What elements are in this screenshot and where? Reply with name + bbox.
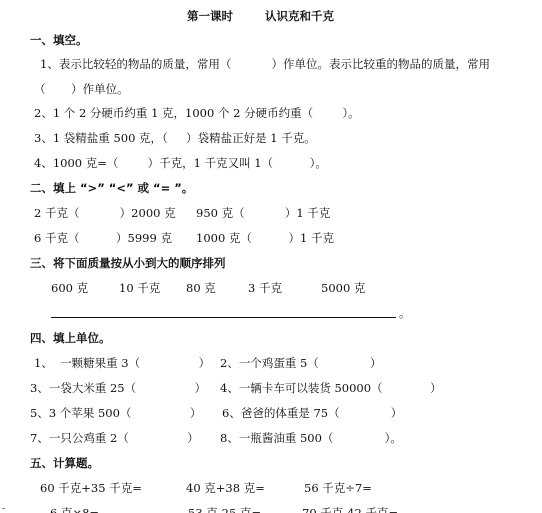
- calc-1-1: 60 千克+35 千克=: [40, 481, 142, 495]
- calc-1-3: 56 千克÷7=: [304, 481, 372, 495]
- unit-question-6: 6、爸爸的体重是 75（ ）: [222, 406, 402, 420]
- calc-1-2: 40 克+38 克=: [186, 481, 265, 495]
- section-heading-compare: 二、填上 “>” “<” 或 “= ”。: [30, 181, 193, 195]
- calc-2-3: 70 千克-42 千克=: [302, 506, 398, 513]
- section-heading-fill-blank: 一、填空。: [30, 33, 88, 47]
- mass-value-4: 3 千克: [248, 281, 282, 295]
- compare-row-1-left: 2 千克（ ）2000 克: [34, 206, 176, 220]
- section-heading-units: 四、填上单位。: [30, 331, 111, 345]
- answer-underline[interactable]: [51, 317, 396, 318]
- calc-2-1: 6 克×8=: [50, 506, 99, 513]
- section-heading-order: 三、将下面质量按从小到大的顺序排列: [30, 256, 226, 270]
- mass-value-5: 5000 克: [321, 281, 365, 295]
- mass-value-3: 80 克: [186, 281, 216, 295]
- unit-question-3: 3、一袋大米重 25（ ）: [30, 381, 206, 395]
- unit-question-7: 7、一只公鸡重 2（ ）: [30, 431, 199, 445]
- mass-value-2: 10 千克: [119, 281, 160, 295]
- question-1-line-1: 1、表示比较轻的物品的质量，常用（ ）作单位。表示比较重的物品的质量，常用: [40, 57, 490, 71]
- section-heading-calc: 五、计算题。: [30, 456, 99, 470]
- question-2: 2、1 个 2 分硬币约重 1 克，1000 个 2 分硬币约重（ ）。: [34, 106, 360, 120]
- page-title: 第一课时 认识克和千克: [187, 9, 334, 23]
- unit-question-4: 4、一辆卡车可以装货 50000（ ）: [220, 381, 442, 395]
- mass-value-1: 600 克: [51, 281, 88, 295]
- compare-row-2-left: 6 千克（ ）5999 克: [34, 231, 172, 245]
- unit-question-8: 8、一瓶酱油重 500（ ）。: [220, 431, 402, 445]
- unit-question-5: 5、3 个苹果 500（ ）: [30, 406, 201, 420]
- question-1-line-2: （ ）作单位。: [34, 82, 129, 96]
- answer-period: 。: [399, 306, 411, 320]
- question-3: 3、1 袋精盐重 500 克，（ ）袋精盐正好是 1 千克。: [34, 131, 316, 145]
- unit-question-1: 1、 一颗糖果重 3（ ）: [34, 356, 210, 370]
- compare-row-1-right: 950 克（ ）1 千克: [196, 206, 330, 220]
- compare-row-2-right: 1000 克（ ）1 千克: [196, 231, 334, 245]
- calc-2-2: 53 克-25 克=: [188, 506, 261, 513]
- edge-mark: [2, 508, 5, 509]
- question-4: 4、1000 克=（ ）千克，1 千克又叫 1（ ）。: [34, 156, 327, 170]
- unit-question-2: 2、一个鸡蛋重 5（ ）: [220, 356, 381, 370]
